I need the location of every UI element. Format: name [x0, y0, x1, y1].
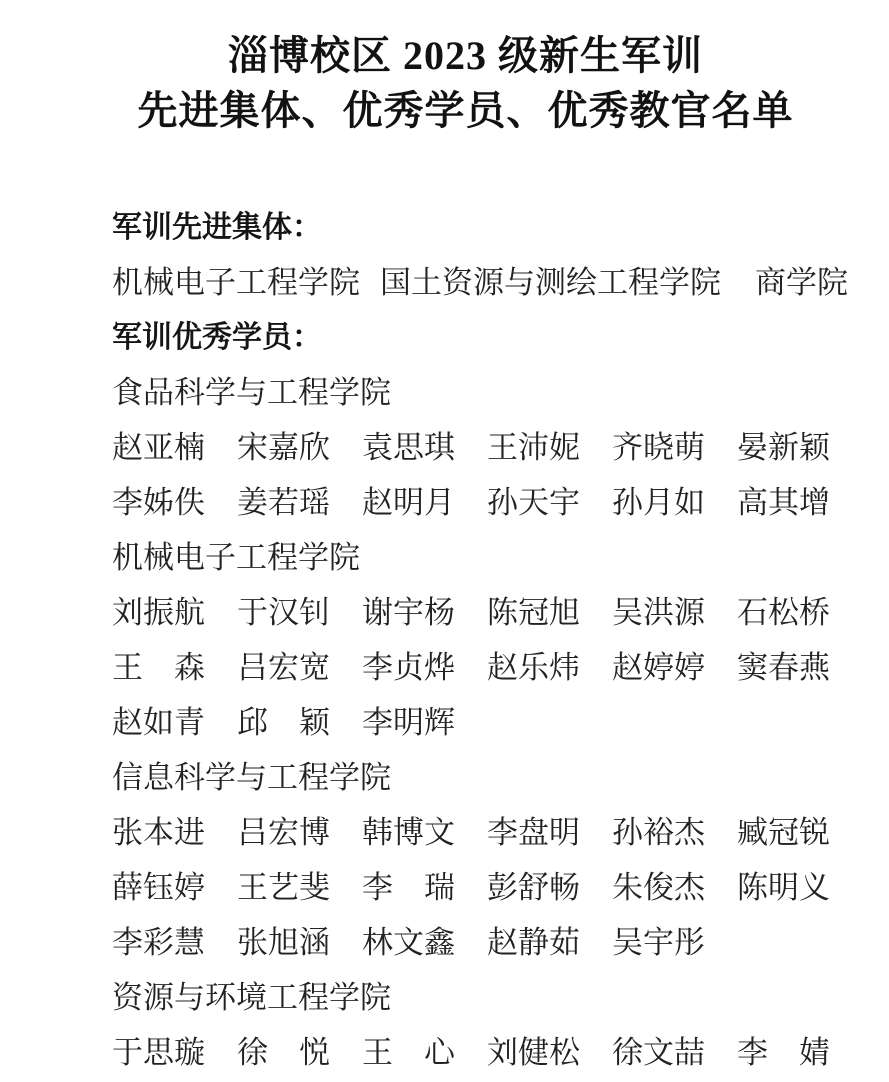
student-name: 李瑞: [362, 860, 455, 915]
student-name: 孙裕杰: [612, 805, 705, 860]
student-name: 彭舒畅: [487, 860, 580, 915]
document-title: 淄博校区 2023 级新生军训 先进集体、优秀学员、优秀教官名单: [0, 28, 889, 138]
student-name-row: 刘振航于汉钊谢宇杨陈冠旭吴洪源石松桥: [112, 585, 839, 640]
student-name: 李贞烨: [362, 640, 455, 695]
student-name: 赵明月: [362, 475, 455, 530]
student-name: 吴宇彤: [612, 915, 705, 970]
college-name: 国土资源与测绘工程学院: [380, 255, 721, 310]
student-name: 晏新颖: [737, 420, 830, 475]
student-name-row: 李彩慧张旭涵林文鑫赵静茹吴宇彤: [112, 915, 839, 970]
student-name: 徐文喆: [612, 1025, 705, 1080]
student-name: 赵婷婷: [612, 640, 705, 695]
student-name: 朱俊杰: [612, 860, 705, 915]
student-name: 王艺斐: [237, 860, 330, 915]
student-name: 吕宏博: [237, 805, 330, 860]
student-name: 张本进: [112, 805, 205, 860]
college-subheading: 资源与环境工程学院: [112, 970, 839, 1025]
student-name: 林文鑫: [362, 915, 455, 970]
student-name: 石松桥: [737, 585, 830, 640]
student-name: 刘振航: [112, 585, 205, 640]
student-name-row: 于思璇徐悦王心刘健松徐文喆李婧: [112, 1025, 839, 1080]
student-name: 李婧: [737, 1025, 830, 1080]
document-page: 淄博校区 2023 级新生军训 先进集体、优秀学员、优秀教官名单 军训先进集体：…: [0, 0, 889, 1082]
title-line-1: 淄博校区 2023 级新生军训: [42, 28, 889, 83]
document-body: 军训先进集体：机械电子工程学院国土资源与测绘工程学院商学院军训优秀学员：食品科学…: [0, 200, 889, 1080]
student-name: 谢宇杨: [362, 585, 455, 640]
student-name: 赵亚楠: [112, 420, 205, 475]
student-name: 于思璇: [112, 1025, 205, 1080]
student-name: 吴洪源: [612, 585, 705, 640]
student-name: 韩博文: [362, 805, 455, 860]
student-name: 李彩慧: [112, 915, 205, 970]
student-name-row: 王森吕宏宽李贞烨赵乐炜赵婷婷窦春燕: [112, 640, 839, 695]
advanced-collectives-line: 机械电子工程学院国土资源与测绘工程学院商学院: [112, 255, 839, 310]
student-name: 于汉钊: [237, 585, 330, 640]
student-name: 王沛妮: [487, 420, 580, 475]
college-subheading: 食品科学与工程学院: [112, 365, 839, 420]
college-name: 机械电子工程学院: [112, 255, 360, 310]
student-name-row: 张本进吕宏博韩博文李盘明孙裕杰臧冠锐: [112, 805, 839, 860]
student-name: 李明辉: [362, 695, 455, 750]
student-name: 臧冠锐: [737, 805, 830, 860]
student-name-row: 李姊佚姜若瑶赵明月孙天宇孙月如高其增: [112, 475, 839, 530]
student-name: 张旭涵: [237, 915, 330, 970]
student-name: 孙月如: [612, 475, 705, 530]
student-name: 李盘明: [487, 805, 580, 860]
college-subheading: 信息科学与工程学院: [112, 750, 839, 805]
student-name: 高其增: [737, 475, 830, 530]
college-subheading: 机械电子工程学院: [112, 530, 839, 585]
college-name: 商学院: [755, 255, 848, 310]
student-name: 齐晓萌: [612, 420, 705, 475]
student-name: 徐悦: [237, 1025, 330, 1080]
student-name: 袁思琪: [362, 420, 455, 475]
student-name: 刘健松: [487, 1025, 580, 1080]
student-name-row: 赵如青邱颖李明辉: [112, 695, 839, 750]
student-name: 窦春燕: [737, 640, 830, 695]
section-heading: 军训优秀学员：: [112, 310, 839, 365]
student-name: 姜若瑶: [237, 475, 330, 530]
student-name: 陈明义: [737, 860, 830, 915]
student-name: 赵乐炜: [487, 640, 580, 695]
student-name-row: 赵亚楠宋嘉欣袁思琪王沛妮齐晓萌晏新颖: [112, 420, 839, 475]
student-name: 吕宏宽: [237, 640, 330, 695]
student-name: 孙天宇: [487, 475, 580, 530]
student-name: 邱颖: [237, 695, 330, 750]
student-name: 王森: [112, 640, 205, 695]
student-name: 陈冠旭: [487, 585, 580, 640]
student-name: 薛钰婷: [112, 860, 205, 915]
student-name: 赵如青: [112, 695, 205, 750]
student-name: 宋嘉欣: [237, 420, 330, 475]
student-name: 李姊佚: [112, 475, 205, 530]
student-name: 赵静茹: [487, 915, 580, 970]
student-name: 王心: [362, 1025, 455, 1080]
student-name-row: 薛钰婷王艺斐李瑞彭舒畅朱俊杰陈明义: [112, 860, 839, 915]
section-heading: 军训先进集体：: [112, 200, 839, 255]
title-line-2: 先进集体、优秀学员、优秀教官名单: [42, 83, 889, 138]
